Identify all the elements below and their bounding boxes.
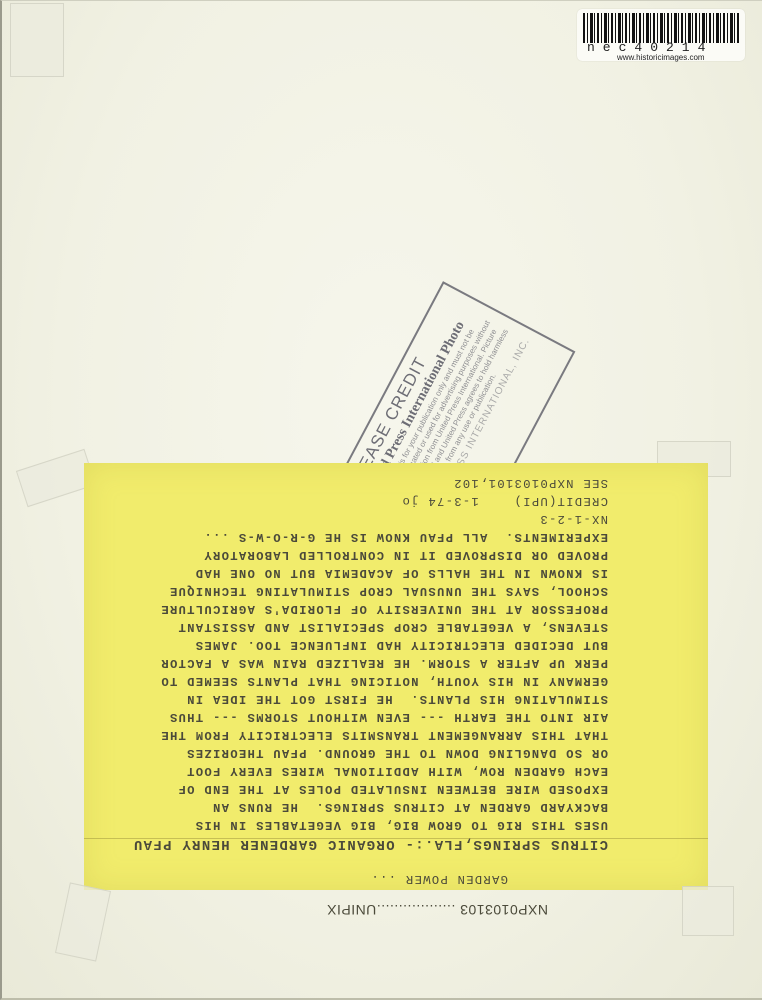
barcode-sticker: nec40214 www.historicimages.com	[577, 9, 745, 61]
barcode-bars	[583, 13, 739, 43]
caption-line: AIR INTO THE EARTH --- EVEN WITHOUT STOR…	[169, 710, 608, 724]
tape-caption-bottom-right	[682, 886, 734, 936]
barcode-url: www.historicimages.com	[617, 54, 705, 62]
caption-id-line: NXP0103103 ..................UNIPIX	[327, 902, 548, 918]
caption-line: PERK UP AFTER A STORM. HE REALIZED RAIN …	[160, 656, 608, 670]
caption-line: STIMULATING HIS PLANTS. HE FIRST GOT THE…	[186, 692, 608, 706]
caption-credit: CREDIT(UPI) 1-3-74 jo	[401, 494, 608, 508]
caption-line: IS KNOWN IN THE HALLS OF ACADEMIA BUT NO…	[195, 566, 608, 580]
caption-ref-code: NX-1-2-3	[539, 512, 608, 526]
caption-line: USES THIS RIG TO GROW BIG, BIG VEGETABLE…	[195, 818, 608, 832]
caption-line: STEVENS, A VEGETABLE CROP SPECIALIST AND…	[177, 620, 608, 634]
tape-caption-bottom-left	[55, 882, 111, 961]
caption-line: PROFESSOR AT THE UNIVERSITY OF FLORIDA'S…	[160, 602, 608, 616]
caption-line: BACKYARD GARDEN AT CITRUS SPRINGS. HE RU…	[212, 800, 608, 814]
caption-line: THAT THIS ARRANGEMENT TRANSMITS ELECTRIC…	[160, 728, 608, 742]
caption-line: EXPOSED WIRE BETWEEN INSULATED POLES AT …	[177, 782, 608, 796]
caption-title: GARDEN POWER ...	[370, 872, 508, 886]
caption-line: GERMANY IN HIS YOUTH, NOTICING THAT PLAN…	[160, 674, 608, 688]
caption-line: OR SO DANGLING DOWN TO THE GROUND. PFAU …	[186, 746, 608, 760]
photo-back-page: nec40214 www.historicimages.com PLEASE C…	[0, 0, 762, 1000]
caption-line: EACH GARDEN ROW, WITH ADDITIONAL WIRES E…	[186, 764, 608, 778]
caption-line: SCHOOL, SAYS THE UNUSUAL CROP STIMULATIN…	[169, 584, 608, 598]
tape-top-left	[10, 3, 64, 77]
caption-text-upside-down: NXP0103103 ..................UNIPIX GARD…	[84, 463, 708, 890]
caption-line: CITRUS SPRINGS,FLA.:- ORGANIC GARDENER H…	[133, 836, 608, 852]
caption-sheet: NXP0103103 ..................UNIPIX GARD…	[84, 463, 708, 890]
caption-line: EXPERIMENTS. ALL PFAU KNOW IS HE G-R-O-W…	[203, 530, 608, 544]
caption-line: PROVED OR DISPROVED IT IN CONTROLLED LAB…	[203, 548, 608, 562]
caption-see-also: SEE NXP0103101,102	[453, 476, 608, 490]
caption-line: BUT DECIDED ELECTRICITY HAD INFLUENCE TO…	[195, 638, 608, 652]
